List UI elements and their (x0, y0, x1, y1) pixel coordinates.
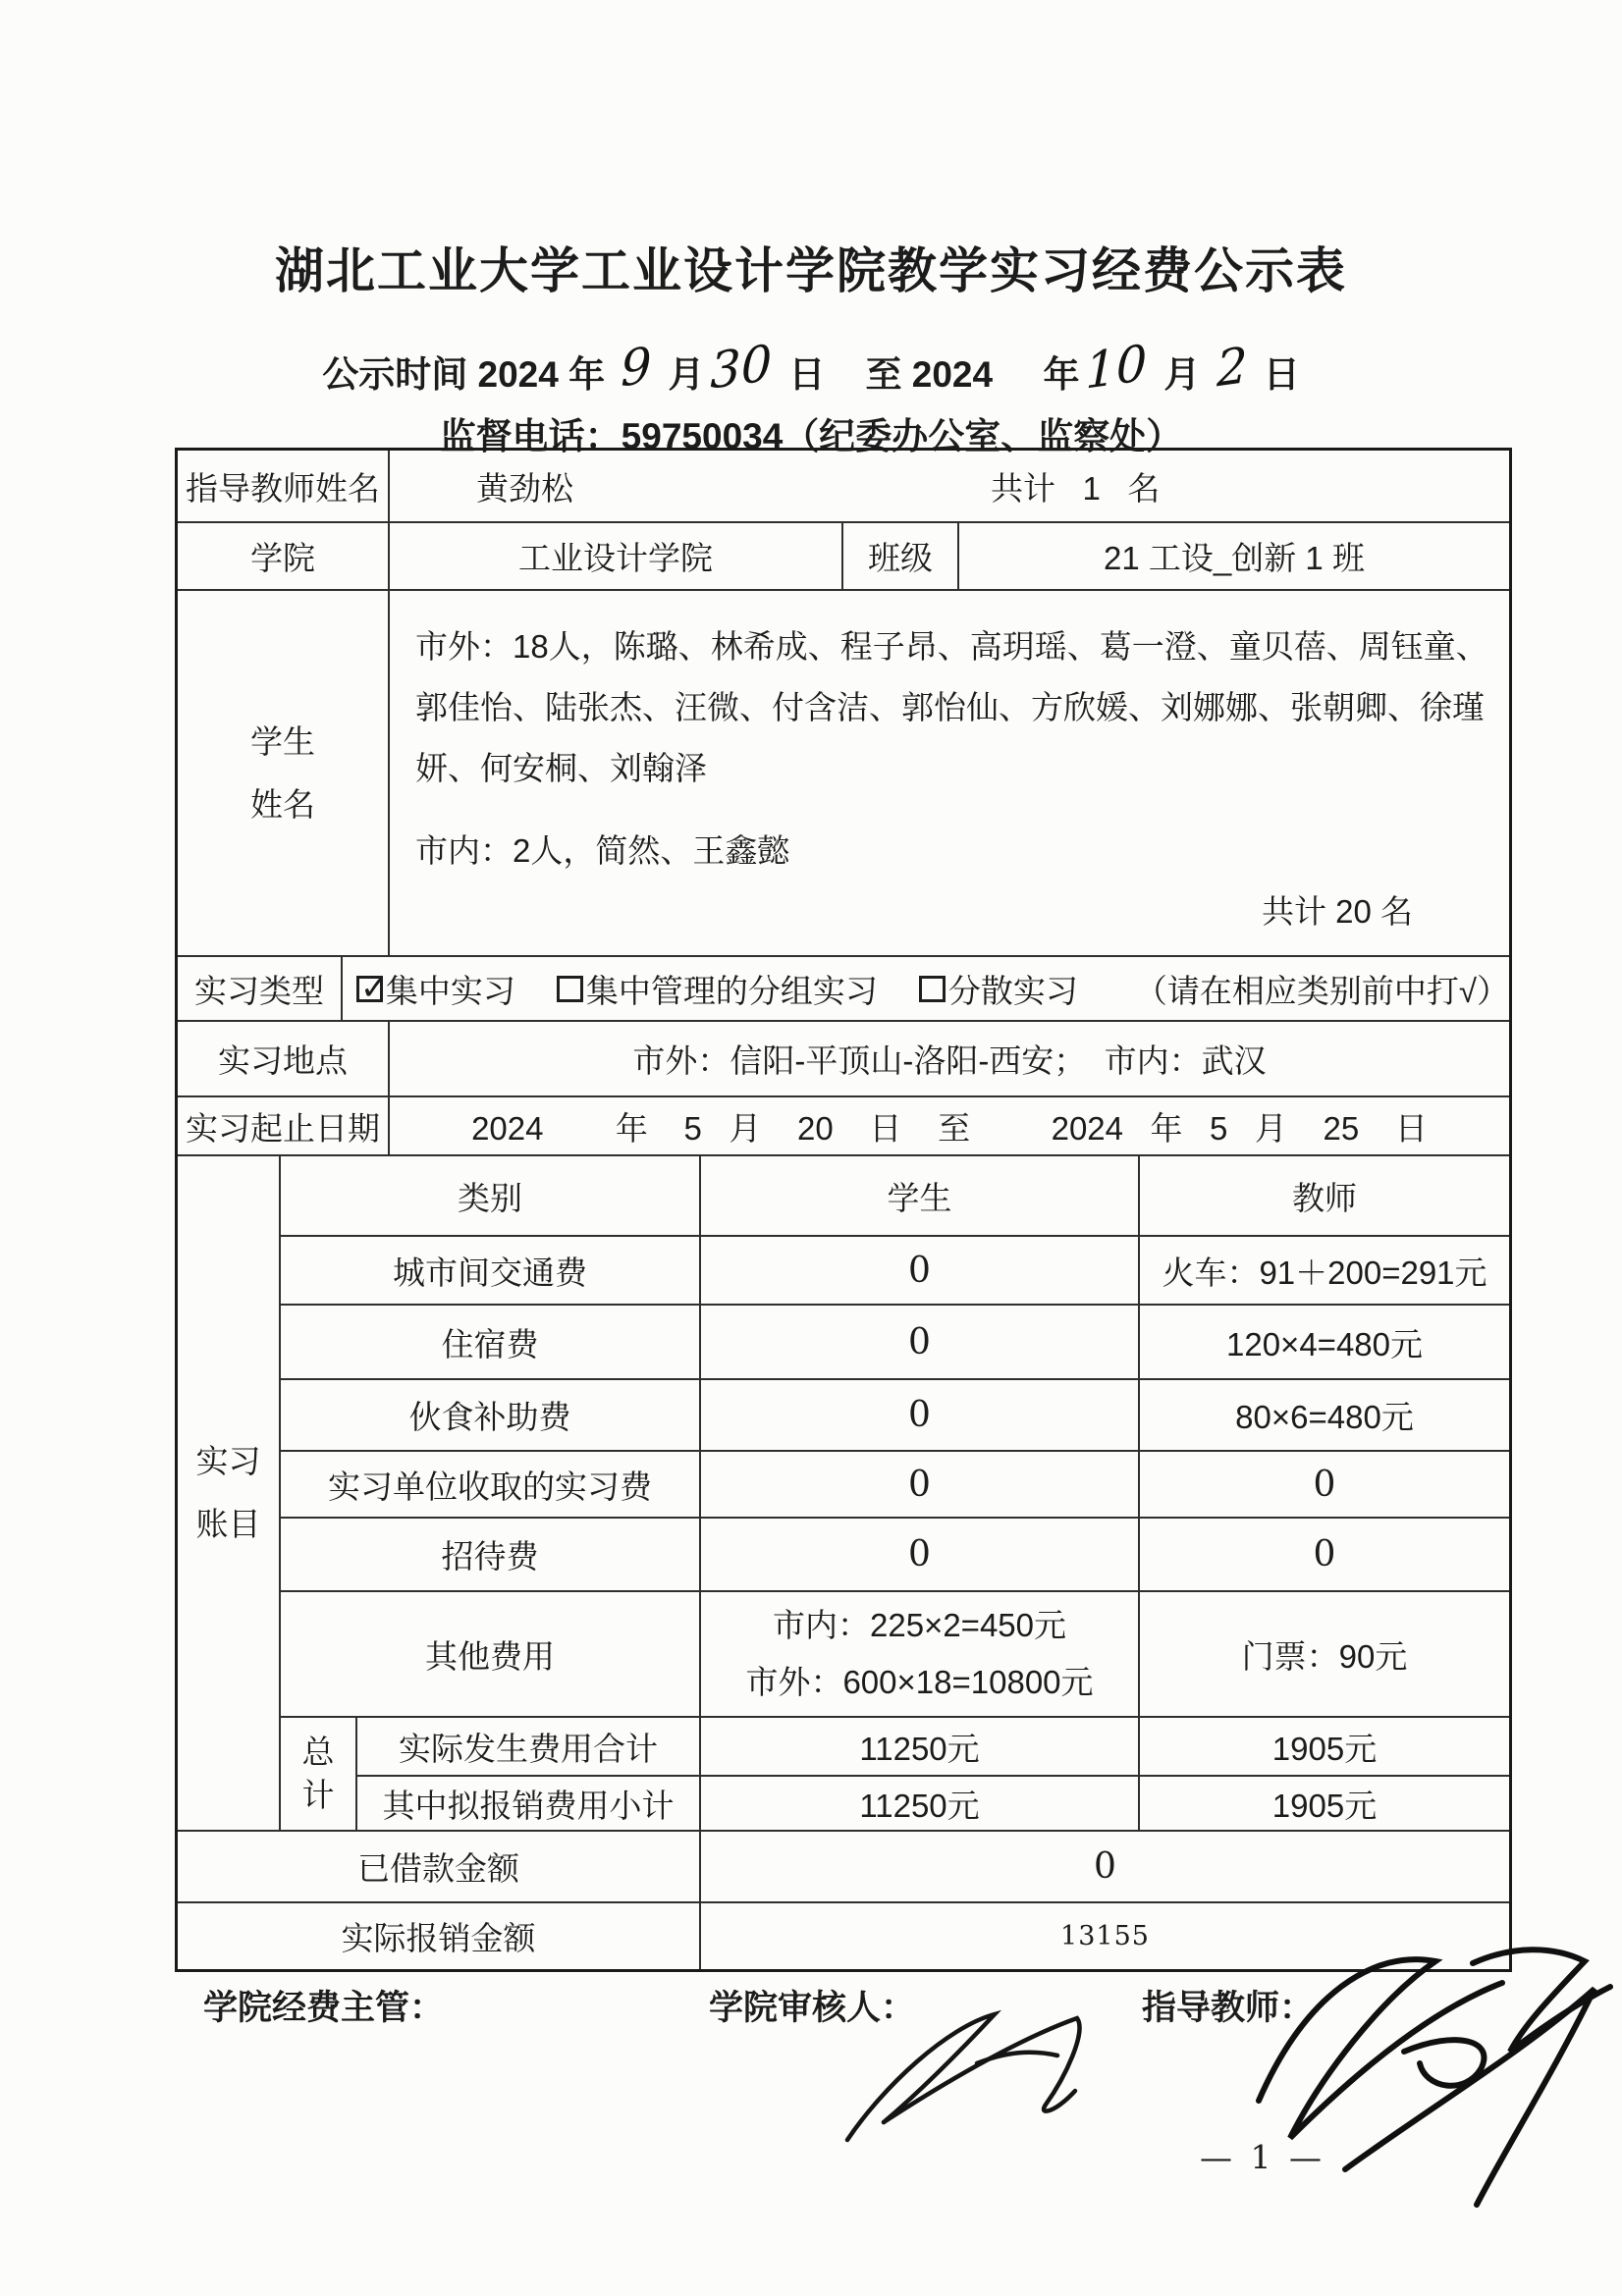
location-row: 实习地点 市外：信阳-平顶山-洛阳-西安； 市内：武汉 (178, 1020, 1509, 1095)
row-teacher-value: 0 (1138, 1519, 1509, 1590)
row-student-value: 0 (699, 1452, 1138, 1517)
row-student-value: 0 (699, 1237, 1138, 1304)
expense-row-lodging: 住宿费 0 120×4=480元 (279, 1304, 1509, 1378)
total-student: 11250元 (699, 1718, 1138, 1775)
college-row: 学院 工业设计学院 班级 21 工设_创新 1 班 (178, 521, 1509, 589)
borrowed-amount-row: 已借款金额 0 (178, 1830, 1509, 1901)
advisor-value-cell: 黄劲松 共计 1 名 (388, 451, 1509, 521)
header-student: 学生 (699, 1156, 1138, 1235)
other-student-line2: 市外：600×18=10800元 (745, 1654, 1093, 1711)
publicity-part5: 日 (1253, 354, 1299, 395)
publicity-part4: 月 (1154, 354, 1211, 395)
row-category: 城市间交通费 (279, 1237, 699, 1304)
option-centralized: ✓集中实习 (356, 966, 515, 1012)
checkbox-dispersed-icon (919, 976, 946, 1002)
option-dispersed: 分散实习 (919, 966, 1078, 1012)
scanned-form-page: 湖北工业大学工业设计学院教学实习经费公示表 公示时间 2024 年 9 月30 … (0, 0, 1622, 2296)
row-category: 住宿费 (279, 1306, 699, 1378)
practice-type-row: 实习类型 ✓集中实习 集中管理的分组实习 分散实习 （请在相应类别前中打√） (178, 955, 1509, 1020)
check-mark: ✓ (360, 969, 389, 1008)
dates-row: 实习起止日期 2024 年 5 月 20 日 至 2024 年 5 月 25 日 (178, 1095, 1509, 1154)
row-teacher-value: 门票：90元 (1138, 1592, 1509, 1716)
row-category: 其他费用 (279, 1592, 699, 1716)
dates-label: 实习起止日期 (178, 1097, 388, 1154)
totals-row-actual: 实际发生费用合计 11250元 1905元 (355, 1718, 1509, 1775)
row-category: 伙食补助费 (279, 1380, 699, 1450)
row-teacher-value: 120×4=480元 (1138, 1306, 1509, 1378)
row-student-value: 0 (699, 1519, 1138, 1590)
total-teacher: 1905元 (1138, 1718, 1509, 1775)
class-value: 21 工设_创新 1 班 (957, 523, 1509, 589)
handwritten-end-month: 10 (1086, 334, 1148, 400)
row-student-value: 0 (699, 1380, 1138, 1450)
total-teacher: 1905元 (1138, 1777, 1509, 1830)
checkbox-grouped-icon (557, 976, 583, 1002)
totals-rows: 实际发生费用合计 11250元 1905元 其中拟报销费用小计 11250元 1… (355, 1718, 1509, 1830)
row-teacher-value: 0 (1138, 1452, 1509, 1517)
auditor-signature (830, 1993, 1124, 2160)
expense-totals-block: 总 计 实际发生费用合计 11250元 1905元 其中拟报销费用小计 1125… (279, 1716, 1509, 1830)
college-label: 学院 (178, 523, 388, 589)
expense-grid: 类别 学生 教师 城市间交通费 0 火车：91＋200=291元 住宿费 0 1… (279, 1156, 1509, 1830)
handwritten-end-day: 2 (1216, 337, 1248, 399)
expense-account-section: 实习 账目 类别 学生 教师 城市间交通费 0 火车：91＋200=291元 住… (178, 1154, 1509, 1830)
expense-row-meal: 伙食补助费 0 80×6=480元 (279, 1378, 1509, 1450)
row-category: 招待费 (279, 1519, 699, 1590)
advisor-count: 共计 1 名 (991, 463, 1160, 509)
students-content-cell: 市外：18人，陈璐、林希成、程子昂、高玥瑶、葛一澄、童贝蓓、周钰童、郭佳怡、陆张… (388, 591, 1509, 955)
expense-row-other: 其他费用 市内：225×2=450元 市外：600×18=10800元 门票：9… (279, 1590, 1509, 1716)
students-inside-list: 市内：2人，简然、王鑫懿 (415, 821, 1495, 881)
publicity-part2: 月 (658, 354, 704, 395)
location-label: 实习地点 (178, 1022, 388, 1095)
total-label: 实际发生费用合计 (355, 1718, 699, 1775)
reimbursed-label: 实际报销金额 (178, 1903, 699, 1969)
students-label: 学生 姓名 (178, 591, 388, 955)
borrowed-label: 已借款金额 (178, 1832, 699, 1901)
advisor-name: 黄劲松 (476, 463, 573, 509)
expense-row-reception: 招待费 0 0 (279, 1517, 1509, 1590)
row-teacher-value: 80×6=480元 (1138, 1380, 1509, 1450)
location-value: 市外：信阳-平顶山-洛阳-西安； 市内：武汉 (388, 1022, 1509, 1095)
option-centralized-label: 集中实习 (386, 966, 515, 1012)
expense-row-unit-fee: 实习单位收取的实习费 0 0 (279, 1450, 1509, 1517)
students-outside-list: 市外：18人，陈璐、林希成、程子昂、高玥瑶、葛一澄、童贝蓓、周钰童、郭佳怡、陆张… (415, 616, 1495, 799)
checkbox-centralized-checked-icon: ✓ (356, 976, 383, 1002)
option-grouped: 集中管理的分组实习 (557, 966, 878, 1012)
publicity-part1: 公示时间 2024 年 (322, 354, 615, 395)
header-teacher: 教师 (1138, 1156, 1509, 1235)
page-title: 湖北工业大学工业设计学院教学实习经费公示表 (0, 232, 1622, 302)
handwritten-start-month: 9 (622, 337, 653, 399)
expense-publicity-table: 指导教师姓名 黄劲松 共计 1 名 学院 工业设计学院 班级 21 工设_创新 … (175, 448, 1512, 1972)
row-student-value: 市内：225×2=450元 市外：600×18=10800元 (699, 1592, 1138, 1716)
borrowed-value: 0 (699, 1832, 1509, 1901)
dates-value: 2024 年 5 月 20 日 至 2024 年 5 月 25 日 (388, 1097, 1509, 1154)
total-label: 其中拟报销费用小计 (355, 1777, 699, 1830)
practice-type-options: ✓集中实习 集中管理的分组实习 分散实习 （请在相应类别前中打√） (341, 957, 1509, 1020)
expense-header-row: 类别 学生 教师 (279, 1156, 1509, 1235)
publicity-period-line: 公示时间 2024 年 9 月30 日 至 2024 年10 月 2 日 (0, 342, 1622, 399)
header-category: 类别 (279, 1156, 699, 1235)
expense-side-label: 实习 账目 (178, 1156, 279, 1830)
row-student-value: 0 (699, 1306, 1138, 1378)
total-student: 11250元 (699, 1777, 1138, 1830)
other-student-line1: 市内：225×2=450元 (773, 1597, 1066, 1654)
option-grouped-label: 集中管理的分组实习 (586, 966, 878, 1012)
page-number: — 1 — (1200, 2138, 1325, 2176)
handwritten-start-day: 30 (711, 334, 773, 400)
option-dispersed-label: 分散实习 (948, 966, 1078, 1012)
class-label: 班级 (841, 523, 957, 589)
publicity-part3: 日 至 2024 年 (779, 354, 1079, 395)
totals-side-label: 总 计 (279, 1718, 355, 1830)
advisor-row: 指导教师姓名 黄劲松 共计 1 名 (178, 451, 1509, 521)
expense-row-transport: 城市间交通费 0 火车：91＋200=291元 (279, 1235, 1509, 1304)
advisor-label: 指导教师姓名 (178, 451, 388, 521)
row-teacher-value: 火车：91＋200=291元 (1138, 1237, 1509, 1304)
totals-row-reimbursable: 其中拟报销费用小计 11250元 1905元 (355, 1775, 1509, 1830)
students-row: 学生 姓名 市外：18人，陈璐、林希成、程子昂、高玥瑶、葛一澄、童贝蓓、周钰童、… (178, 589, 1509, 955)
practice-type-note: （请在相应类别前中打√） (1135, 966, 1509, 1012)
students-total: 共计 20 名 (1262, 881, 1495, 956)
college-value: 工业设计学院 (388, 523, 841, 589)
practice-type-label: 实习类型 (178, 957, 341, 1020)
fund-manager-label: 学院经费主管： (203, 1981, 444, 2030)
row-category: 实习单位收取的实习费 (279, 1452, 699, 1517)
